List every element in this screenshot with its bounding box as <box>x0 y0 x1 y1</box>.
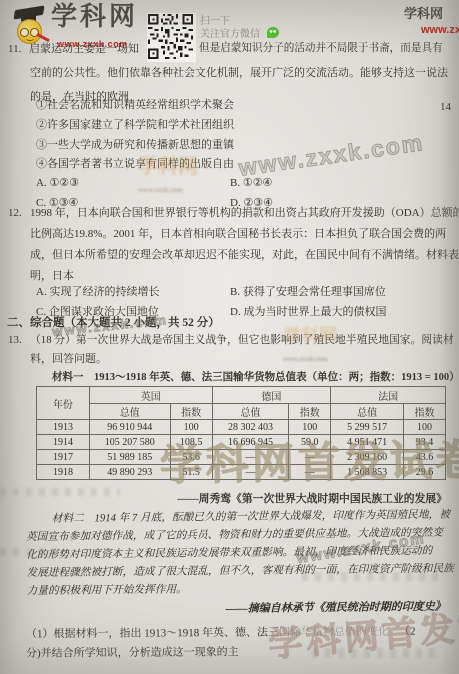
material2-line5: 力量的积极利用下开始发挥作用。 <box>26 582 186 598</box>
bleed-through-text <box>312 648 442 658</box>
watermark-banner-1: 学科网首发试卷 <box>160 427 459 493</box>
bleed-through-text <box>0 548 60 556</box>
q13-sub1-line2: 分)并结合所学知识，分析造成这一现象的主 <box>26 645 239 660</box>
exam-paper-page: 学科网 www.zxxk.com <box>0 0 459 674</box>
bleed-through-text <box>0 488 120 496</box>
q13-sub1-line1-left: （1）根据材料一，指出 1913～1918 年英、德、法三 <box>26 627 279 641</box>
watermark-logo-1: 学科网 www.zxxk.com <box>138 150 198 197</box>
bleed-through-text <box>302 572 442 581</box>
watermark-logo-2: 学科网 www.zxxk.com <box>283 322 337 366</box>
material2-line1: 材料二 1914 年 7 月底，酝酿已久的第一次世界大战爆发，印度作为英国殖民地… <box>52 508 450 526</box>
